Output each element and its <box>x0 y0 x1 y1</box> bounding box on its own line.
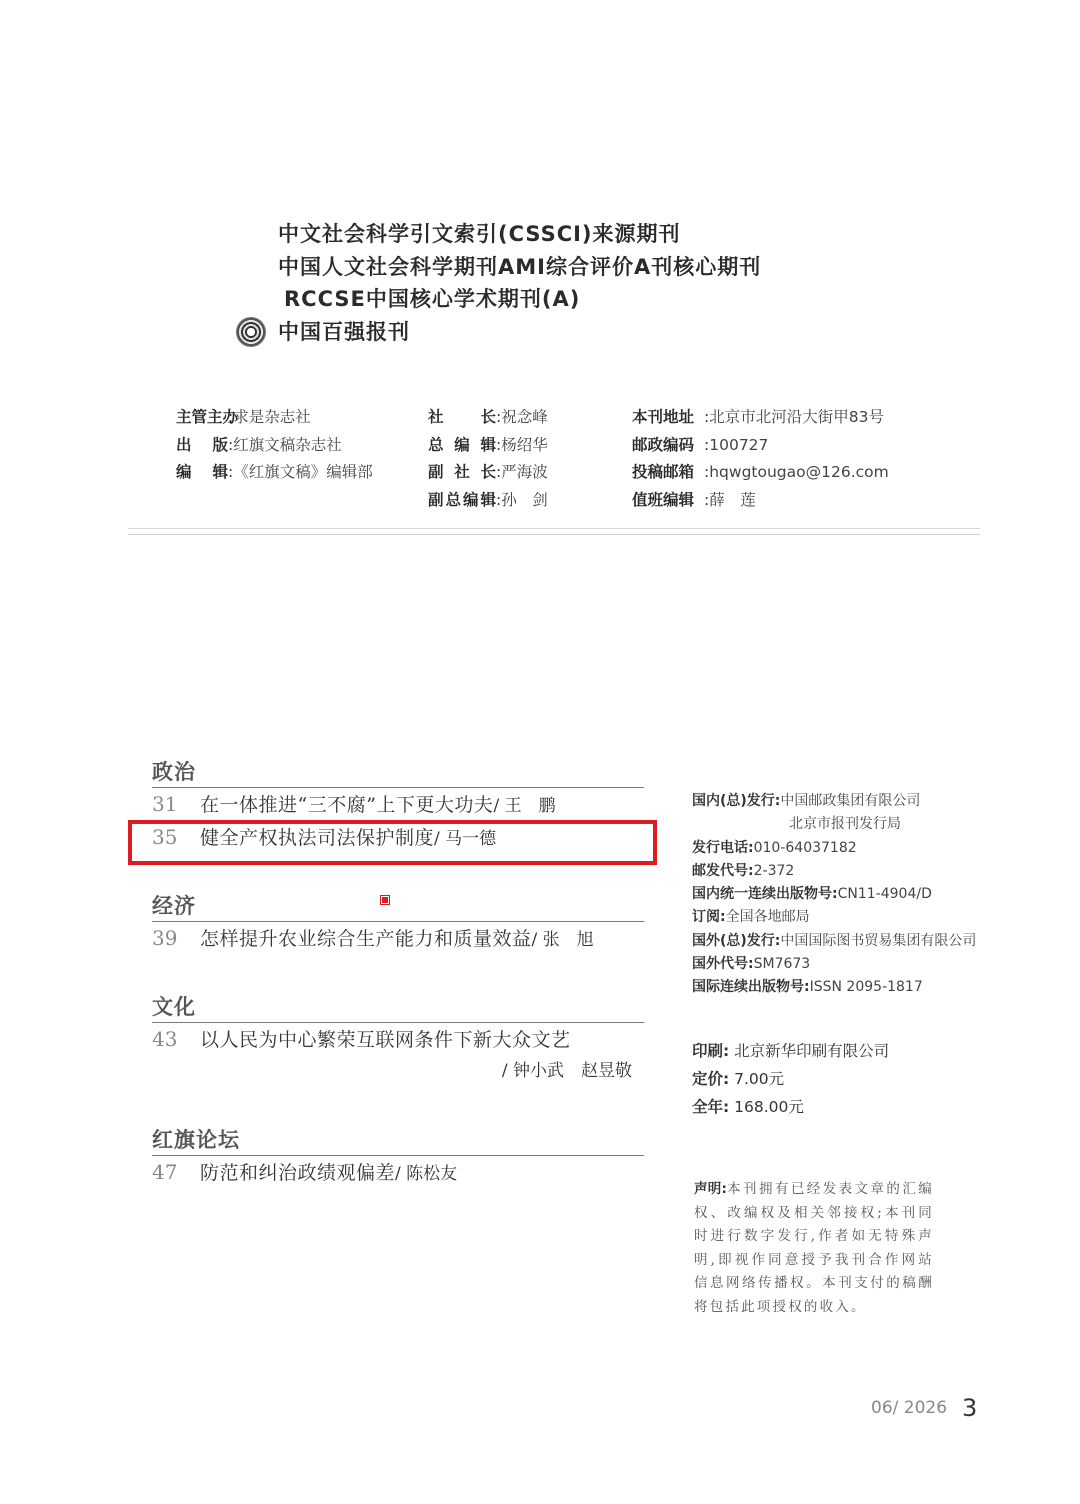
toc-entry[interactable]: 31在一体推进“三不腐”上下更大功夫/ 王 鹏 <box>152 788 644 821</box>
info-row: 北京市报刊发行局 <box>692 813 976 836</box>
ami-line: 中国人文社会科学期刊AMI综合评价A刊核心期刊 <box>278 251 761 281</box>
article-author: / 张 旭 <box>532 930 594 950</box>
masthead-row: 社长:祝念峰 <box>428 406 548 434</box>
cssci-line: 中文社会科学引文索引(CSSCI)来源期刊 <box>278 218 681 248</box>
distribution-info: 国内(总)发行:中国邮政集团有限公司 北京市报刊发行局 发行电话:010-640… <box>692 790 976 1000</box>
section-title: 文化 <box>152 993 644 1021</box>
info-row: 订阅:全国各地邮局 <box>692 906 976 929</box>
masthead-row: 主管主办:求是杂志社 <box>176 406 373 434</box>
copyright-notice: 声明:本刊拥有已经发表文章的汇编权、改编权及相关邻接权;本刊同时进行数字发行,作… <box>694 1178 934 1319</box>
page-number: 43 <box>152 1023 200 1056</box>
masthead-row: 总编辑:杨绍华 <box>428 434 548 462</box>
info-row: 全年: 168.00元 <box>692 1093 889 1121</box>
info-row: 印刷: 北京新华印刷有限公司 <box>692 1037 889 1065</box>
masthead-row: 本刊地址:北京市北河沿大街甲83号 <box>632 406 889 434</box>
info-row: 邮发代号:2-372 <box>692 860 976 883</box>
masthead-row: 副社长:严海波 <box>428 461 548 489</box>
toc-section-culture: 文化 43以人民为中心繁荣互联网条件下新大众文艺 / 钟小武 赵昱敬 <box>152 993 644 1086</box>
article-title: 防范和纠治政绩观偏差 <box>200 1162 395 1184</box>
article-title: 怎样提升农业综合生产能力和质量效益 <box>200 928 532 950</box>
section-title: 经济 <box>152 892 644 920</box>
article-author: / 王 鹏 <box>493 796 555 816</box>
info-row: 定价: 7.00元 <box>692 1065 889 1093</box>
rccse-line: RCCSE中国核心学术期刊(A) <box>284 283 580 313</box>
masthead-row: 值班编辑:薛 莲 <box>632 489 889 517</box>
toc-section-economy: 经济 39怎样提升农业综合生产能力和质量效益/ 张 旭 <box>152 892 644 955</box>
top100-line: 中国百强报刊 <box>278 316 410 346</box>
divider-bottom <box>128 534 980 535</box>
toc-entry[interactable]: 39怎样提升农业综合生产能力和质量效益/ 张 旭 <box>152 922 644 955</box>
section-title: 红旗论坛 <box>152 1126 644 1154</box>
masthead-row: 副总编辑:孙 剑 <box>428 489 548 517</box>
toc-entry[interactable]: 47防范和纠治政绩观偏差/ 陈松友 <box>152 1156 644 1189</box>
info-row: 国内统一连续出版物号:CN11-4904/D <box>692 883 976 906</box>
masthead-col-publisher: 主管主办:求是杂志社 出版:红旗文稿杂志社 编辑:《红旗文稿》编辑部 <box>176 406 373 489</box>
article-title: 以人民为中心繁荣互联网条件下新大众文艺 <box>200 1029 571 1051</box>
page-number: 47 <box>152 1156 200 1189</box>
article-title: 在一体推进“三不腐”上下更大功夫 <box>200 794 493 816</box>
info-row: 国外代号:SM7673 <box>692 953 976 976</box>
page-number: 39 <box>152 922 200 955</box>
pricing-info: 印刷: 北京新华印刷有限公司 定价: 7.00元 全年: 168.00元 <box>692 1037 889 1121</box>
article-author: / 钟小武 赵昱敬 <box>152 1056 644 1086</box>
masthead-row: 投稿邮箱:hqwgtougao@126.com <box>632 461 889 489</box>
submission-email: hqwgtougao@126.com <box>709 463 889 481</box>
highlight-annotation-box <box>128 820 657 865</box>
page-number-footer: 3 <box>962 1394 977 1422</box>
info-row: 发行电话:010-64037182 <box>692 837 976 860</box>
info-row: 国外(总)发行:中国国际图书贸易集团有限公司 <box>692 930 976 953</box>
divider-top <box>128 528 980 529</box>
issue-date: 06/ 2026 <box>871 1398 947 1418</box>
cursor-marker <box>381 896 389 904</box>
masthead-row: 邮政编码:100727 <box>632 434 889 462</box>
masthead-row: 编辑:《红旗文稿》编辑部 <box>176 461 373 489</box>
toc-section-hongqi-forum: 红旗论坛 47防范和纠治政绩观偏差/ 陈松友 <box>152 1126 644 1189</box>
article-author: / 陈松友 <box>395 1164 457 1184</box>
toc-entry[interactable]: 43以人民为中心繁荣互联网条件下新大众文艺 <box>152 1023 644 1056</box>
masthead-col-contact: 本刊地址:北京市北河沿大街甲83号 邮政编码:100727 投稿邮箱:hqwgt… <box>632 406 889 516</box>
info-row: 国际连续出版物号:ISSN 2095-1817 <box>692 976 976 999</box>
info-row: 国内(总)发行:中国邮政集团有限公司 <box>692 790 976 813</box>
masthead-row: 出版:红旗文稿杂志社 <box>176 434 373 462</box>
section-title: 政治 <box>152 758 644 786</box>
masthead-col-editors: 社长:祝念峰 总编辑:杨绍华 副社长:严海波 副总编辑:孙 剑 <box>428 406 548 516</box>
hundred-strong-journals-logo-icon <box>236 317 266 347</box>
page-number: 31 <box>152 788 200 821</box>
